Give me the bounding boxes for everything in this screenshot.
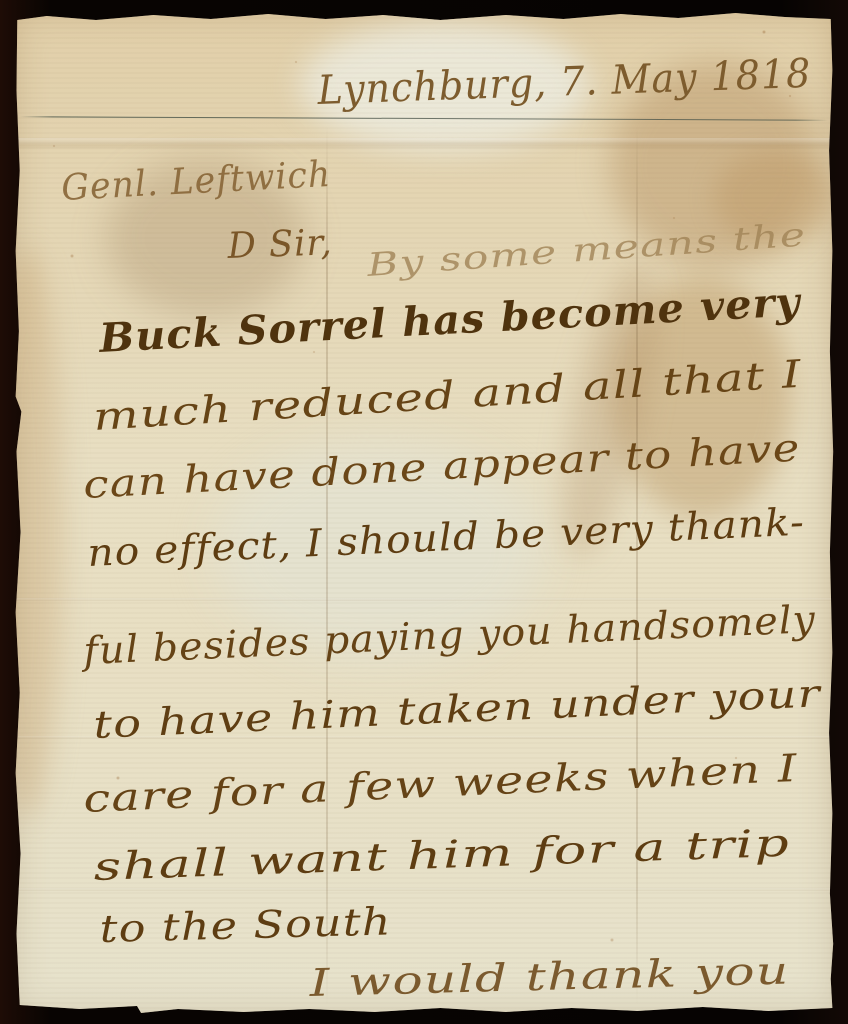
stain-top-wash	[14, 10, 834, 472]
stain-bottom-cool-wash	[14, 653, 834, 1014]
letter-paper-sheet	[14, 10, 834, 1014]
scanned-letter-page: { "document": { "kind": "handwritten let…	[0, 0, 848, 1024]
stain-center-pale-patch	[214, 440, 544, 660]
fold-crease-horizontal-middle	[14, 598, 834, 601]
